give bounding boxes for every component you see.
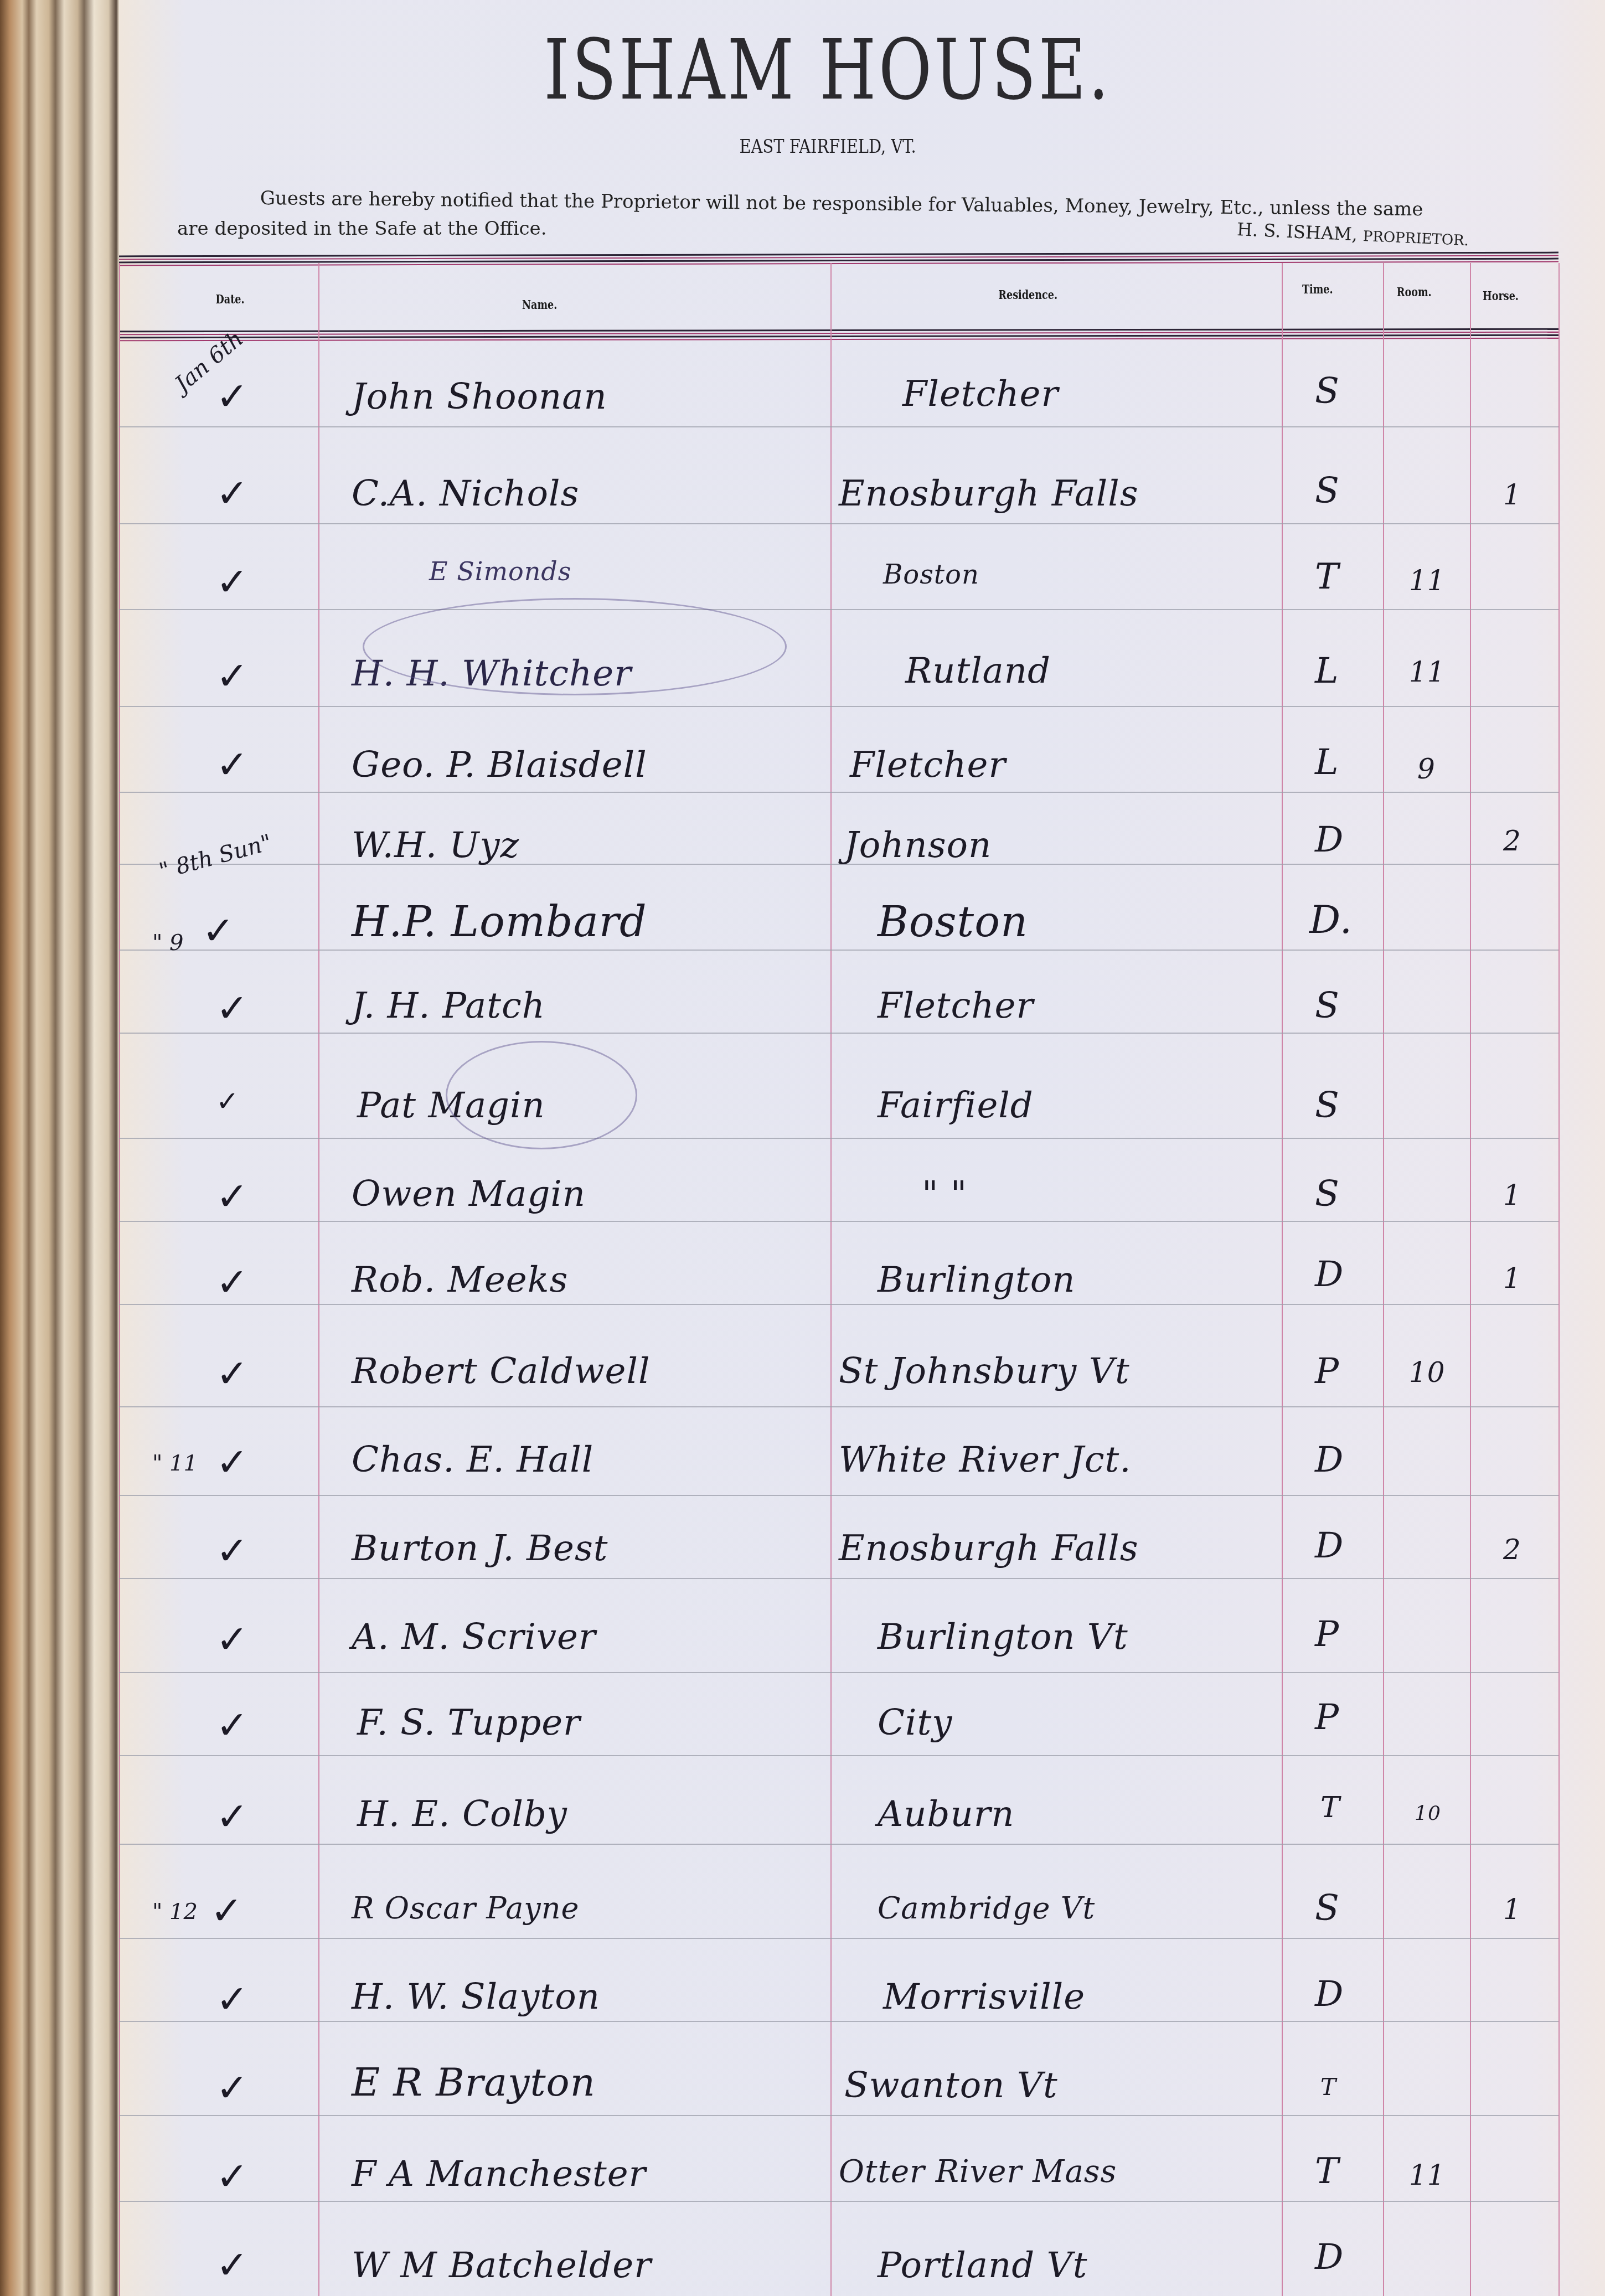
row-line [119, 426, 1558, 427]
guest-name: Burton J. Best [352, 1528, 608, 1569]
guest-residence: Fletcher [902, 374, 1059, 415]
row-line [119, 792, 1558, 793]
guest-residence: St Johnsbury Vt [839, 1351, 1130, 1392]
checkmark-icon: ✓ [216, 1528, 249, 1573]
location-line: EAST FAIRFIELD, VT. [225, 136, 1430, 158]
arrival-time: S [1315, 986, 1340, 1026]
arrival-time: P [1315, 1614, 1339, 1655]
row-line [119, 1938, 1558, 1939]
guest-name: F A Manchester [352, 2154, 646, 2195]
guest-residence: Cambridge Vt [878, 1891, 1095, 1926]
horse-count: 1 [1503, 1179, 1521, 1211]
guest-residence: " " [922, 1174, 967, 1215]
header-rule-bottom [119, 328, 1558, 343]
guest-name: Rob. Meeks [352, 1260, 568, 1301]
guest-name: H. W. Slayton [352, 1977, 600, 2018]
column-divider-room-horse [1470, 263, 1471, 2296]
checkmark-icon: ✓ [216, 471, 249, 516]
guest-name: W M Batchelder [352, 2245, 652, 2286]
checkmark-icon: ✓ [216, 653, 249, 699]
column-header-time: Time. [1302, 282, 1333, 297]
arrival-time: D [1315, 1439, 1344, 1480]
room-number: 11 [1409, 656, 1446, 688]
row-line [119, 2021, 1558, 2022]
arrival-time: S [1315, 471, 1340, 512]
checkmark-icon: ✓ [216, 1085, 239, 1117]
column-header-name: Name. [522, 298, 557, 312]
arrival-time: S [1315, 371, 1340, 412]
checkmark-icon: ✓ [216, 742, 249, 787]
checkmark-icon: ✓ [216, 2154, 249, 2199]
guest-residence: White River Jct. [839, 1439, 1132, 1480]
entry-date: " 12 [152, 1899, 198, 1924]
row-line [119, 1672, 1558, 1673]
room-number: 11 [1409, 565, 1446, 597]
guest-name: F. S. Tupper [357, 1702, 581, 1743]
guest-residence: Morrisville [883, 1977, 1085, 2018]
row-line [119, 2115, 1558, 2116]
guest-name: E R Brayton [352, 2060, 596, 2105]
row-line [119, 864, 1558, 865]
arrival-time: T [1320, 2073, 1336, 2101]
horse-count: 2 [1503, 1534, 1521, 1566]
guest-residence: Portland Vt [878, 2245, 1087, 2286]
guest-name: C.A. Nichols [352, 473, 579, 514]
guest-name: H.P. Lombard [352, 897, 647, 946]
proprietor-name: H. S. ISHAM, [1236, 219, 1364, 245]
checkmark-icon: ✓ [216, 559, 249, 605]
entry-date: " 9 [152, 930, 184, 956]
arrival-time: T [1315, 2151, 1339, 2192]
checkmark-icon: ✓ [216, 1260, 249, 1305]
arrival-time: S [1315, 1174, 1340, 1215]
checkmark-icon: ✓ [216, 2065, 249, 2111]
room-number: 11 [1409, 2159, 1446, 2191]
row-line [119, 609, 1558, 610]
guest-name: Geo. P. Blaisdell [352, 745, 647, 786]
arrival-time: D [1315, 1974, 1344, 2015]
row-line [119, 1221, 1558, 1222]
checkmark-icon: ✓ [216, 1977, 249, 2022]
horse-count: 1 [1503, 479, 1521, 511]
arrival-time: T [1315, 556, 1339, 597]
guest-residence: Swanton Vt [844, 2065, 1058, 2106]
room-number: 9 [1417, 753, 1436, 785]
guest-name: J. H. Patch [352, 986, 545, 1026]
arrival-time: D [1315, 1254, 1344, 1295]
guest-name: A. M. Scriver [352, 1617, 596, 1658]
notice-line-1: Guests are hereby notified that the Prop… [260, 187, 1423, 220]
notice-line-2: are deposited in the Safe at the Office. [177, 218, 547, 240]
book-page-edges [0, 0, 119, 2296]
row-line [119, 1578, 1558, 1579]
arrival-time: S [1315, 1888, 1340, 1929]
checkmark-icon: ✓ [216, 1617, 249, 1662]
row-line [119, 1033, 1558, 1034]
checkmark-icon: ✓ [202, 908, 235, 953]
guest-residence: Otter River Mass [839, 2154, 1117, 2190]
row-line [119, 523, 1558, 524]
guest-residence: Rutland [905, 651, 1051, 692]
guest-name: Chas. E. Hall [352, 1439, 594, 1480]
row-line [119, 1406, 1558, 1407]
header-rule-top [119, 252, 1558, 268]
horse-count: 1 [1503, 1262, 1521, 1294]
row-line [119, 1138, 1558, 1139]
arrival-time: D. [1309, 897, 1353, 942]
arrival-time: P [1315, 1351, 1339, 1392]
guest-name: H. E. Colby [357, 1794, 567, 1835]
register-page: ISHAM HOUSE. EAST FAIRFIELD, VT. Guests … [119, 0, 1605, 2296]
row-line [119, 706, 1558, 707]
column-divider-time-room [1383, 263, 1384, 2296]
arrival-time: D [1315, 2237, 1344, 2278]
horse-count: 2 [1503, 825, 1521, 857]
checkmark-icon: ✓ [216, 1174, 249, 1219]
row-line [119, 1844, 1558, 1845]
arrival-time: P [1315, 1697, 1339, 1738]
guest-name: Owen Magin [352, 1174, 586, 1215]
checkmark-icon: ✓ [216, 986, 249, 1031]
guest-residence: Fletcher [850, 745, 1006, 786]
row-line [119, 1304, 1558, 1305]
column-divider-date-name [318, 263, 319, 2296]
room-number: 10 [1415, 1802, 1441, 1825]
signature-flourish [363, 598, 787, 695]
entry-date: " 11 [152, 1451, 198, 1476]
guest-name: E Simonds [429, 556, 571, 586]
entry-date: " 8th Sun" [157, 830, 275, 884]
proprietor-title: PROPRIETOR. [1363, 228, 1469, 249]
row-line [119, 1495, 1558, 1496]
checkmark-icon: ✓ [216, 1439, 249, 1485]
guest-residence: Burlington Vt [878, 1617, 1128, 1658]
checkmark-icon: ✓ [216, 2242, 249, 2288]
row-line [119, 950, 1558, 951]
guest-name: R Oscar Payne [352, 1891, 580, 1926]
guest-residence: Johnson [844, 825, 992, 866]
guest-residence: Burlington [878, 1260, 1075, 1301]
checkmark-icon: ✓ [216, 1794, 249, 1839]
column-divider-residence-time [1282, 263, 1283, 2296]
column-divider-left [119, 263, 120, 2296]
guest-name: W.H. Uyz [352, 825, 519, 866]
arrival-time: D [1315, 1525, 1344, 1566]
row-line [119, 1755, 1558, 1756]
checkmark-icon: ✓ [216, 374, 249, 419]
arrival-time: L [1315, 651, 1339, 692]
checkmark-icon: ✓ [216, 1351, 249, 1396]
guest-residence: Enosburgh Falls [839, 1528, 1139, 1569]
arrival-time: S [1315, 1085, 1340, 1126]
column-divider-horse-extra [1558, 263, 1560, 2296]
guest-residence: Boston [878, 897, 1028, 946]
guest-residence: Boston [883, 559, 979, 590]
proprietor-signature-line: H. S. ISHAM, PROPRIETOR. [1236, 219, 1469, 250]
horse-count: 1 [1503, 1893, 1521, 1926]
checkmark-icon: ✓ [210, 1888, 243, 1933]
guest-name: Robert Caldwell [352, 1351, 650, 1392]
guest-residence: Auburn [878, 1794, 1014, 1835]
row-line [119, 2201, 1558, 2202]
guest-residence: Fairfield [878, 1085, 1034, 1126]
room-number: 10 [1409, 1356, 1446, 1389]
signature-flourish [446, 1041, 637, 1149]
arrival-time: L [1315, 742, 1339, 783]
column-divider-name-residence [830, 263, 832, 2296]
guest-residence: Enosburgh Falls [839, 473, 1139, 514]
column-header-date: Date. [216, 292, 245, 307]
arrival-time: T [1320, 1791, 1340, 1824]
column-header-residence: Residence. [998, 288, 1057, 302]
page-title: ISHAM HOUSE. [275, 22, 1381, 118]
column-header-room: Room. [1397, 285, 1432, 300]
guest-residence: Fletcher [878, 986, 1034, 1026]
arrival-time: D [1315, 819, 1344, 860]
column-header-horse: Horse. [1483, 289, 1519, 303]
guest-residence: City [878, 1702, 952, 1743]
checkmark-icon: ✓ [216, 1702, 249, 1748]
guest-name: John Shoonan [352, 376, 607, 417]
